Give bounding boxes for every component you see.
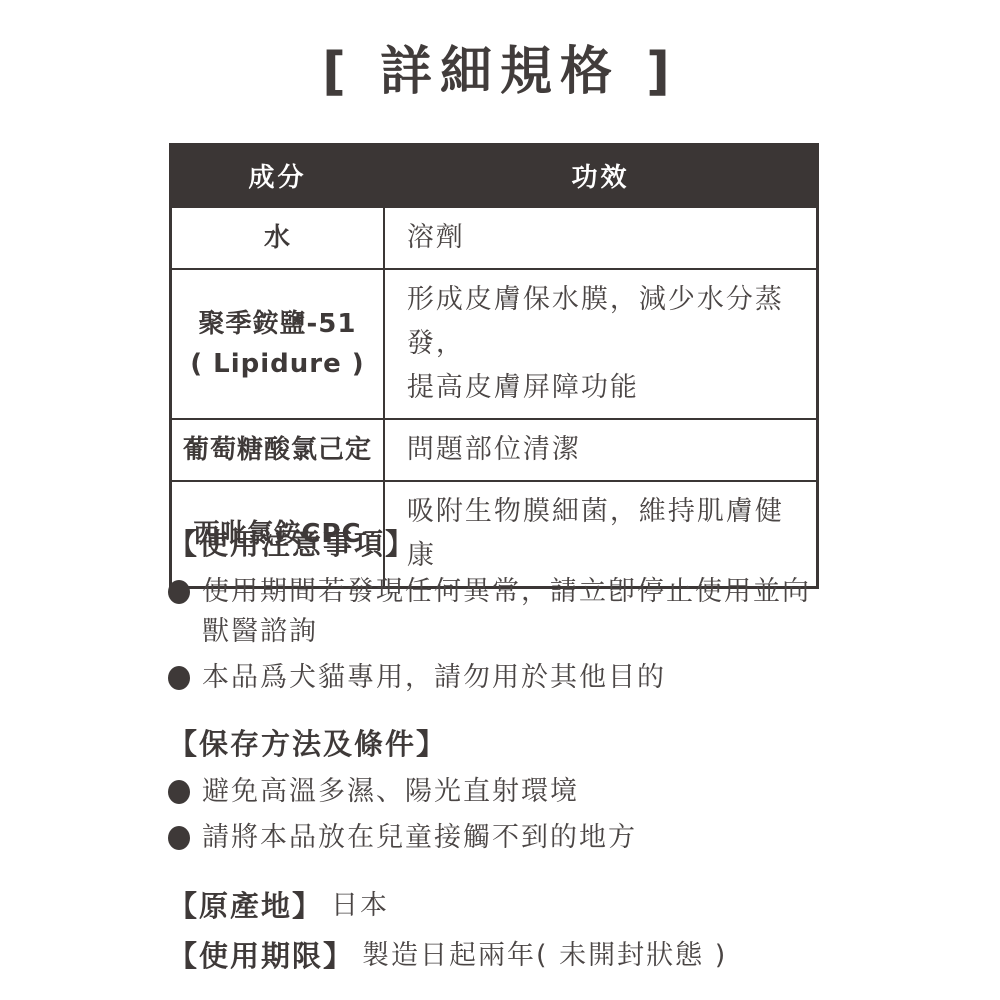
expiry-line: 【使用期限】 製造日起兩年( 未開封狀態 ) [168,936,868,976]
expiry-value: 製造日起兩年( 未開封狀態 ) [362,936,727,976]
section-heading-usage-notes: 【使用注意事項】 [168,526,868,562]
list-item: 使用期間若發現任何異常，請立卽停止使用並向 獸醫諮詢 [168,572,868,652]
bullet-text: 本品爲犬貓專用，請勿用於其他目的 [202,658,666,698]
bullet-text: 使用期間若發現任何異常，請立卽停止使用並向 獸醫諮詢 [202,572,811,652]
table-row: 聚季銨鹽-51 ( Lipidure ) 形成皮膚保水膜，減少水分蒸發， 提高皮… [171,269,818,419]
list-item: 本品爲犬貓專用，請勿用於其他目的 [168,658,868,698]
bullet-icon [168,580,190,604]
origin-value: 日本 [331,886,389,926]
bullet-text: 避免高溫多濕、陽光直射環境 [202,772,579,812]
ingredient-cell: 聚季銨鹽-51 ( Lipidure ) [171,269,384,419]
expiry-label: 【使用期限】 [168,936,354,976]
bullet-icon [168,666,190,690]
column-header-effect: 功效 [384,145,818,207]
notes-content: 【使用注意事項】 使用期間若發現任何異常，請立卽停止使用並向 獸醫諮詢 本品爲犬… [168,526,868,976]
ingredients-table: 成分 功效 水 溶劑 聚季銨鹽-51 ( Lipidure ) 形成皮膚保水膜，… [169,143,819,589]
bullet-icon [168,826,190,850]
ingredient-cell: 葡萄糖酸氯己定 [171,419,384,481]
table-row: 水 溶劑 [171,207,818,269]
page-title: [ 詳細規格 ] [0,44,1000,101]
section-heading-storage: 【保存方法及條件】 [168,726,868,762]
origin-line: 【原產地】 日本 [168,886,868,926]
effect-cell: 形成皮膚保水膜，減少水分蒸發， 提高皮膚屏障功能 [384,269,818,419]
list-item: 請將本品放在兒童接觸不到的地方 [168,818,868,858]
list-item: 避免高溫多濕、陽光直射環境 [168,772,868,812]
column-header-ingredient: 成分 [171,145,384,207]
effect-cell: 溶劑 [384,207,818,269]
table-header-row: 成分 功效 [171,145,818,207]
effect-cell: 問題部位清潔 [384,419,818,481]
bullet-icon [168,780,190,804]
table-row: 葡萄糖酸氯己定 問題部位清潔 [171,419,818,481]
origin-label: 【原產地】 [168,886,323,926]
ingredient-cell: 水 [171,207,384,269]
bullet-text: 請將本品放在兒童接觸不到的地方 [202,818,637,858]
